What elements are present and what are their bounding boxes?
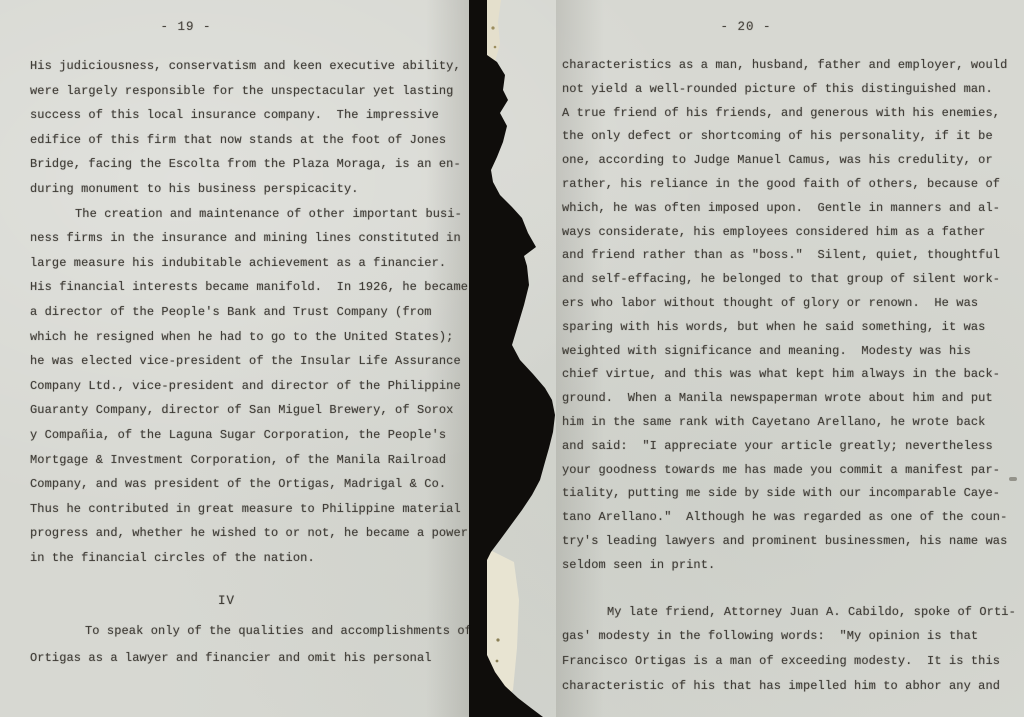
text-line: which he resigned when he had to go to t… xyxy=(30,325,472,350)
text-line: progress and, whether he wished to or no… xyxy=(30,521,472,546)
text-line: ness firms in the insurance and mining l… xyxy=(30,226,472,251)
scan-artifact-mark xyxy=(1009,477,1017,481)
torn-edge-top xyxy=(486,0,501,80)
text-line: Company, and was president of the Ortiga… xyxy=(30,472,472,497)
text-line: which, he was often imposed upon. Gentle… xyxy=(562,197,1016,221)
text-line: y Compañia, of the Laguna Sugar Corporat… xyxy=(30,423,472,448)
page-19-text-column: His judiciousness, conservatism and keen… xyxy=(30,54,472,672)
text-line: edifice of this firm that now stands at … xyxy=(30,128,472,153)
text-line: His judiciousness, conservatism and keen… xyxy=(30,54,472,79)
text-line: one, according to Judge Manuel Camus, wa… xyxy=(562,149,1016,173)
text-line: him in the same rank with Cayetano Arell… xyxy=(562,411,1016,435)
text-line: Ortigas as a lawyer and financier and om… xyxy=(30,645,472,672)
text-line: ers who labor without thought of glory o… xyxy=(562,292,1016,316)
text-line: Francisco Ortigas is a man of exceeding … xyxy=(562,649,1016,674)
page-20-text-column: characteristics as a man, husband, fathe… xyxy=(562,54,1016,699)
text-line: tano Arellano." Although he was regarded… xyxy=(562,506,1016,530)
page-number: - 20 - xyxy=(562,20,930,34)
text-line: rather, his reliance in the good faith o… xyxy=(562,173,1016,197)
text-line: large measure his indubitable achievemen… xyxy=(30,251,472,276)
paragraph: To speak only of the qualities and accom… xyxy=(30,618,472,672)
text-line: characteristics as a man, husband, fathe… xyxy=(562,54,1016,78)
text-line: chief virtue, and this was what kept him… xyxy=(562,363,1016,387)
paragraph-continuation: His judiciousness, conservatism and keen… xyxy=(30,54,472,202)
gutter-shadow-left xyxy=(426,0,470,717)
text-line: Thus he contributed in great measure to … xyxy=(30,497,472,522)
text-line: A true friend of his friends, and genero… xyxy=(562,102,1016,126)
text-line: Company Ltd., vice-president and directo… xyxy=(30,374,472,399)
gutter-shadow-right xyxy=(556,0,604,717)
text-line: the only defect or shortcoming of his pe… xyxy=(562,125,1016,149)
text-line: and self-effacing, he belonged to that g… xyxy=(562,268,1016,292)
text-line: and friend rather than as "boss." Silent… xyxy=(562,244,1016,268)
text-line: Guaranty Company, director of San Miguel… xyxy=(30,398,472,423)
text-line: The creation and maintenance of other im… xyxy=(30,202,472,227)
text-line: His financial interests became manifold.… xyxy=(30,275,472,300)
text-line: My late friend, Attorney Juan A. Cabildo… xyxy=(562,600,1016,625)
text-line: characteristic of his that has impelled … xyxy=(562,674,1016,699)
scanned-book-spread: - 19 - His judiciousness, conservatism a… xyxy=(0,0,1024,717)
paragraph: My late friend, Attorney Juan A. Cabildo… xyxy=(562,600,1016,699)
text-line: were largely responsible for the unspect… xyxy=(30,79,472,104)
text-line: seldom seen in print. xyxy=(562,554,1016,578)
tear-black-shape xyxy=(469,0,555,717)
paragraph: The creation and maintenance of other im… xyxy=(30,202,472,571)
text-line: he was elected vice-president of the Ins… xyxy=(30,349,472,374)
text-line: success of this local insurance company.… xyxy=(30,103,472,128)
text-line: To speak only of the qualities and accom… xyxy=(30,618,472,645)
torn-edge-bottom xyxy=(486,548,519,702)
text-line: gas' modesty in the following words: "My… xyxy=(562,624,1016,649)
text-line: tiality, putting me side by side with ou… xyxy=(562,482,1016,506)
text-line: try's leading lawyers and prominent busi… xyxy=(562,530,1016,554)
text-line: Bridge, facing the Escolta from the Plaz… xyxy=(30,152,472,177)
text-line: not yield a well-rounded picture of this… xyxy=(562,78,1016,102)
paragraph-continuation: characteristics as a man, husband, fathe… xyxy=(562,54,1016,578)
text-line: sparing with his words, but when he said… xyxy=(562,316,1016,340)
text-line: in the financial circles of the nation. xyxy=(30,546,472,571)
page-number: - 19 - xyxy=(30,20,342,34)
text-line: weighted with significance and meaning. … xyxy=(562,340,1016,364)
text-line: a director of the People's Bank and Trus… xyxy=(30,300,472,325)
text-line: Mortgage & Investment Corporation, of th… xyxy=(30,448,472,473)
section-heading: IV xyxy=(30,594,472,608)
text-line: your goodness towards me has made you co… xyxy=(562,459,1016,483)
text-line: ground. When a Manila newspaperman wrote… xyxy=(562,387,1016,411)
text-line: during monument to his business perspica… xyxy=(30,177,472,202)
text-line: and said: "I appreciate your article gre… xyxy=(562,435,1016,459)
text-line: ways considerate, his employees consider… xyxy=(562,221,1016,245)
